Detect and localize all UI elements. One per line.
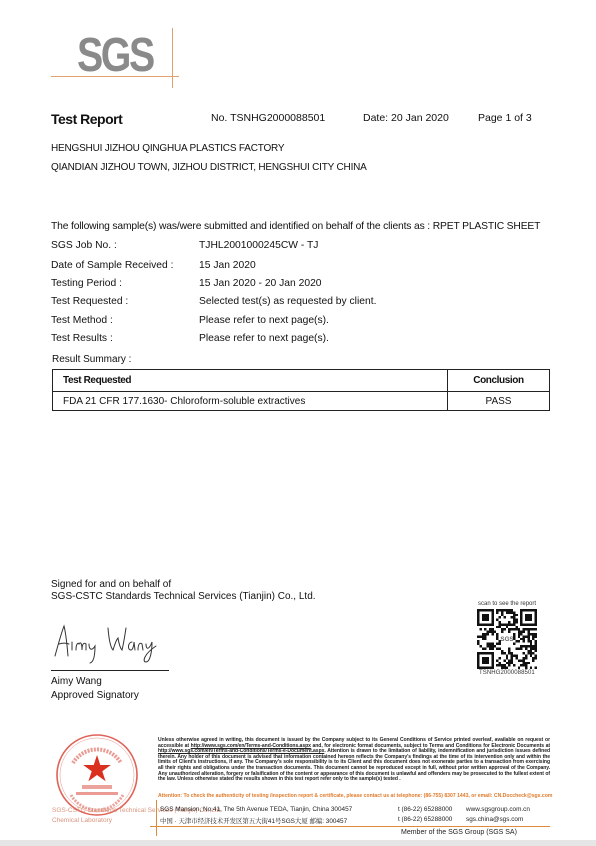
website-link[interactable]: www.sgsgroup.com.cn xyxy=(466,806,530,813)
telephone: t (86-22) 65288000 xyxy=(398,816,452,823)
info-label: Date of Sample Received : xyxy=(51,260,173,271)
info-row-job-no: SGS Job No. : TJHL2001000245CW - TJ xyxy=(51,240,551,254)
info-row-test-method: Test Method : Please refer to next page(… xyxy=(51,315,551,329)
address-english: SGS Mansion, No.41, The 5th Avenue TEDA,… xyxy=(160,806,352,813)
info-row-testing-period: Testing Period : 15 Jan 2020 - 20 Jan 20… xyxy=(51,278,551,292)
signature-line xyxy=(51,670,169,671)
info-value: Selected test(s) as requested by client. xyxy=(199,296,376,307)
signature-image xyxy=(52,620,162,664)
footer-vertical-rule xyxy=(156,800,157,836)
column-header-conclusion: Conclusion xyxy=(448,370,550,392)
info-value: TJHL2001000245CW - TJ xyxy=(199,240,318,251)
info-label: SGS Job No. : xyxy=(51,240,117,251)
client-address: QIANDIAN JIZHOU TOWN, JIZHOU DISTRICT, H… xyxy=(51,162,367,173)
info-label: Test Requested : xyxy=(51,296,128,307)
info-row-test-results: Test Results : Please refer to next page… xyxy=(51,333,551,347)
disclaimer-text: . Attention is drawn to the limitation o… xyxy=(158,748,550,782)
report-number: No. TSNHG2000088501 xyxy=(211,112,325,124)
info-label: Test Method : xyxy=(51,315,113,326)
signatory: Aimy Wang Approved Signatory xyxy=(51,675,139,703)
table-row: FDA 21 CFR 177.1630- Chloroform-soluble … xyxy=(53,392,550,411)
info-label: Testing Period : xyxy=(51,278,122,289)
sgs-logo-text: SGS xyxy=(77,32,153,80)
signatory-title: Approved Signatory xyxy=(51,689,139,703)
client-name: HENGSHUI JIZHOU QINGHUA PLASTICS FACTORY xyxy=(51,143,284,154)
qr-code-icon[interactable]: SGS xyxy=(477,609,537,669)
report-page: SGS Test Report No. TSNHG2000088501 Date… xyxy=(0,0,596,840)
legal-disclaimer: Unless otherwise agreed in writing, this… xyxy=(158,738,550,783)
signed-line1: Signed for and on behalf of xyxy=(51,579,316,591)
report-title: Test Report xyxy=(51,111,122,127)
result-summary-table: Test Requested Conclusion FDA 21 CFR 177… xyxy=(52,369,550,411)
sgs-logo: SGS xyxy=(51,28,171,84)
authenticity-notice: Attention: To check the authenticity of … xyxy=(158,794,558,800)
info-row-test-requested: Test Requested : Selected test(s) as req… xyxy=(51,296,551,310)
sgs-group-membership: Member of the SGS Group (SGS SA) xyxy=(401,829,517,836)
logo-horizontal-line xyxy=(51,76,179,77)
stamp-lab: Chemical Laboratory xyxy=(52,817,112,824)
info-label: Test Results : xyxy=(51,333,113,344)
report-date: Date: 20 Jan 2020 xyxy=(363,112,449,124)
page-indicator: Page 1 of 3 xyxy=(478,112,532,124)
table-header-row: Test Requested Conclusion xyxy=(53,370,550,392)
result-summary-label: Result Summary : xyxy=(52,354,131,365)
info-value: Please refer to next page(s). xyxy=(199,333,329,344)
footer-horizontal-rule xyxy=(150,826,550,827)
svg-text:SGS: SGS xyxy=(500,636,513,643)
signatory-name: Aimy Wang xyxy=(51,675,139,689)
info-value: Please refer to next page(s). xyxy=(199,315,329,326)
column-header-test: Test Requested xyxy=(53,370,448,392)
logo-vertical-line xyxy=(172,28,173,88)
cell-test: FDA 21 CFR 177.1630- Chloroform-soluble … xyxy=(53,392,448,411)
info-value: 15 Jan 2020 - 20 Jan 2020 xyxy=(199,278,322,289)
company-seal-icon xyxy=(55,733,139,817)
sample-intro: The following sample(s) was/were submitt… xyxy=(51,221,540,232)
cell-conclusion: PASS xyxy=(448,392,550,411)
telephone: t (86-22) 65288000 xyxy=(398,806,452,813)
address-chinese: 中国 · 天津市经济技术开发区第五大街41号SGS大厦 邮编: 300457 xyxy=(160,816,347,825)
qr-report-id: TSNHG2000088501 xyxy=(479,670,535,676)
signed-on-behalf: Signed for and on behalf of SGS-CSTC Sta… xyxy=(51,579,316,603)
email-link[interactable]: sgs.china@sgs.com xyxy=(466,816,523,823)
info-value: 15 Jan 2020 xyxy=(199,260,256,271)
qr-caption: scan to see the report xyxy=(478,601,536,607)
signed-company: SGS-CSTC Standards Technical Services (T… xyxy=(51,591,316,603)
info-row-date-received: Date of Sample Received : 15 Jan 2020 xyxy=(51,260,551,274)
